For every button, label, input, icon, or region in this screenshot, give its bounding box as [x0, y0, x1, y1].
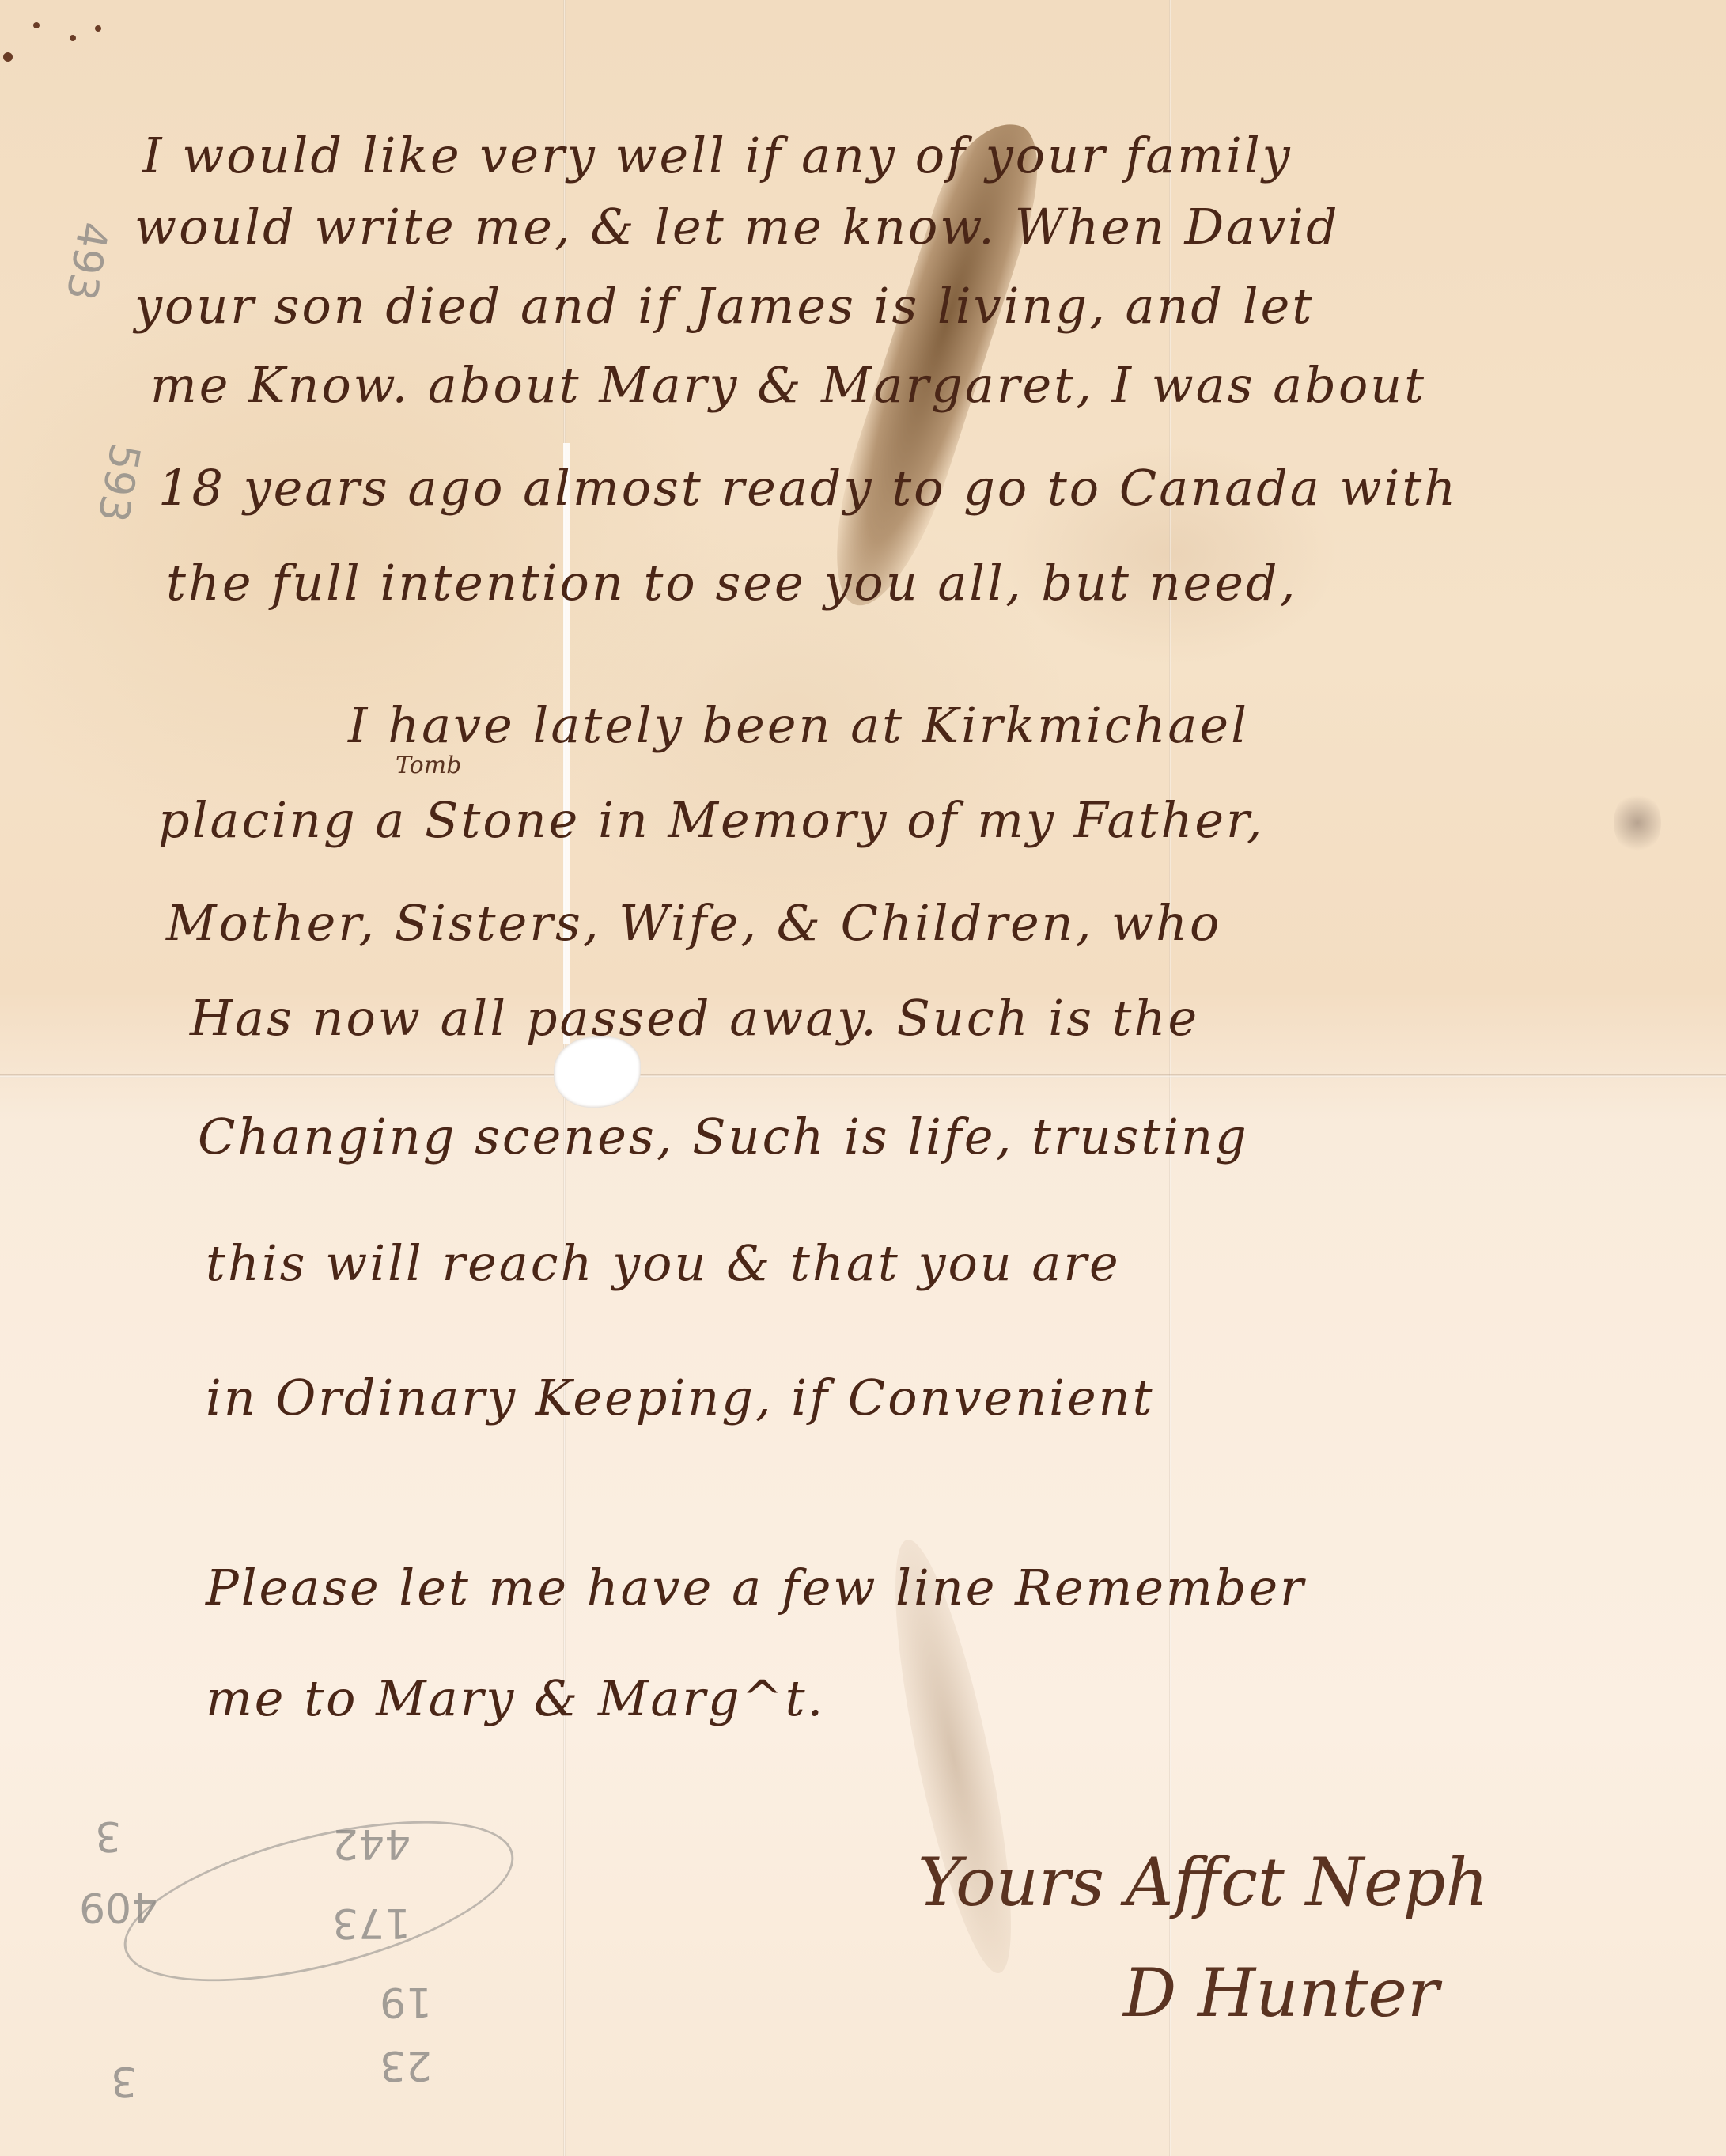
letter-line: Mother, Sisters, Wife, & Children, who — [166, 894, 1221, 952]
smudge-right — [1614, 791, 1661, 854]
letter-line: I would like very well if any of your fa… — [142, 127, 1293, 184]
letter-line: this will reach you & that you are — [206, 1234, 1121, 1292]
margin-note: 3 — [111, 2057, 137, 2105]
letter-line: Has now all passed away. Such is the — [190, 989, 1199, 1047]
letter-line: me Know. about Mary & Margaret, I was ab… — [150, 356, 1426, 414]
ink-spot — [70, 35, 76, 41]
letter-page: I would like very well if any of your fa… — [0, 0, 1726, 2156]
margin-note: 3 — [95, 1812, 121, 1859]
tear-hole — [554, 1036, 641, 1108]
horizontal-fold — [0, 1074, 1726, 1078]
margin-note: 173 — [332, 1899, 411, 1946]
margin-note: 442 — [332, 1820, 411, 1867]
letter-line: placing a Stone in Memory of my Father, — [158, 791, 1265, 849]
letter-line: 18 years ago almost ready to go to Canad… — [158, 459, 1458, 517]
margin-note: 409 — [79, 1883, 157, 1931]
letter-line: Please let me have a few line Remember — [206, 1559, 1306, 1616]
ink-spot — [95, 25, 101, 32]
letter-line: me to Mary & Marg^t. — [206, 1669, 825, 1727]
letter-line: your son died and if James is living, an… — [134, 277, 1314, 335]
closing: Yours Affct Neph — [918, 1843, 1489, 1921]
insertion-tomb: Tomb — [396, 752, 461, 779]
margin-note: 593 — [88, 440, 148, 525]
margin-note: 23 — [380, 2041, 432, 2089]
pencil-scribble — [108, 1789, 528, 2013]
letter-line: the full intention to see you all, but n… — [166, 554, 1297, 612]
letter-line: Changing scenes, Such is life, trusting — [198, 1108, 1249, 1165]
margin-note: 19 — [380, 1978, 432, 2025]
ink-spot — [33, 22, 40, 28]
signature: D Hunter — [1123, 1954, 1439, 2032]
letter-line: would write me, & let me know. When Davi… — [134, 198, 1340, 256]
letter-line: I have lately been at Kirkmichael — [348, 696, 1249, 754]
margin-note: 493 — [56, 218, 116, 304]
letter-line: in Ordinary Keeping, if Convenient — [206, 1369, 1155, 1427]
ink-spot — [3, 52, 13, 62]
